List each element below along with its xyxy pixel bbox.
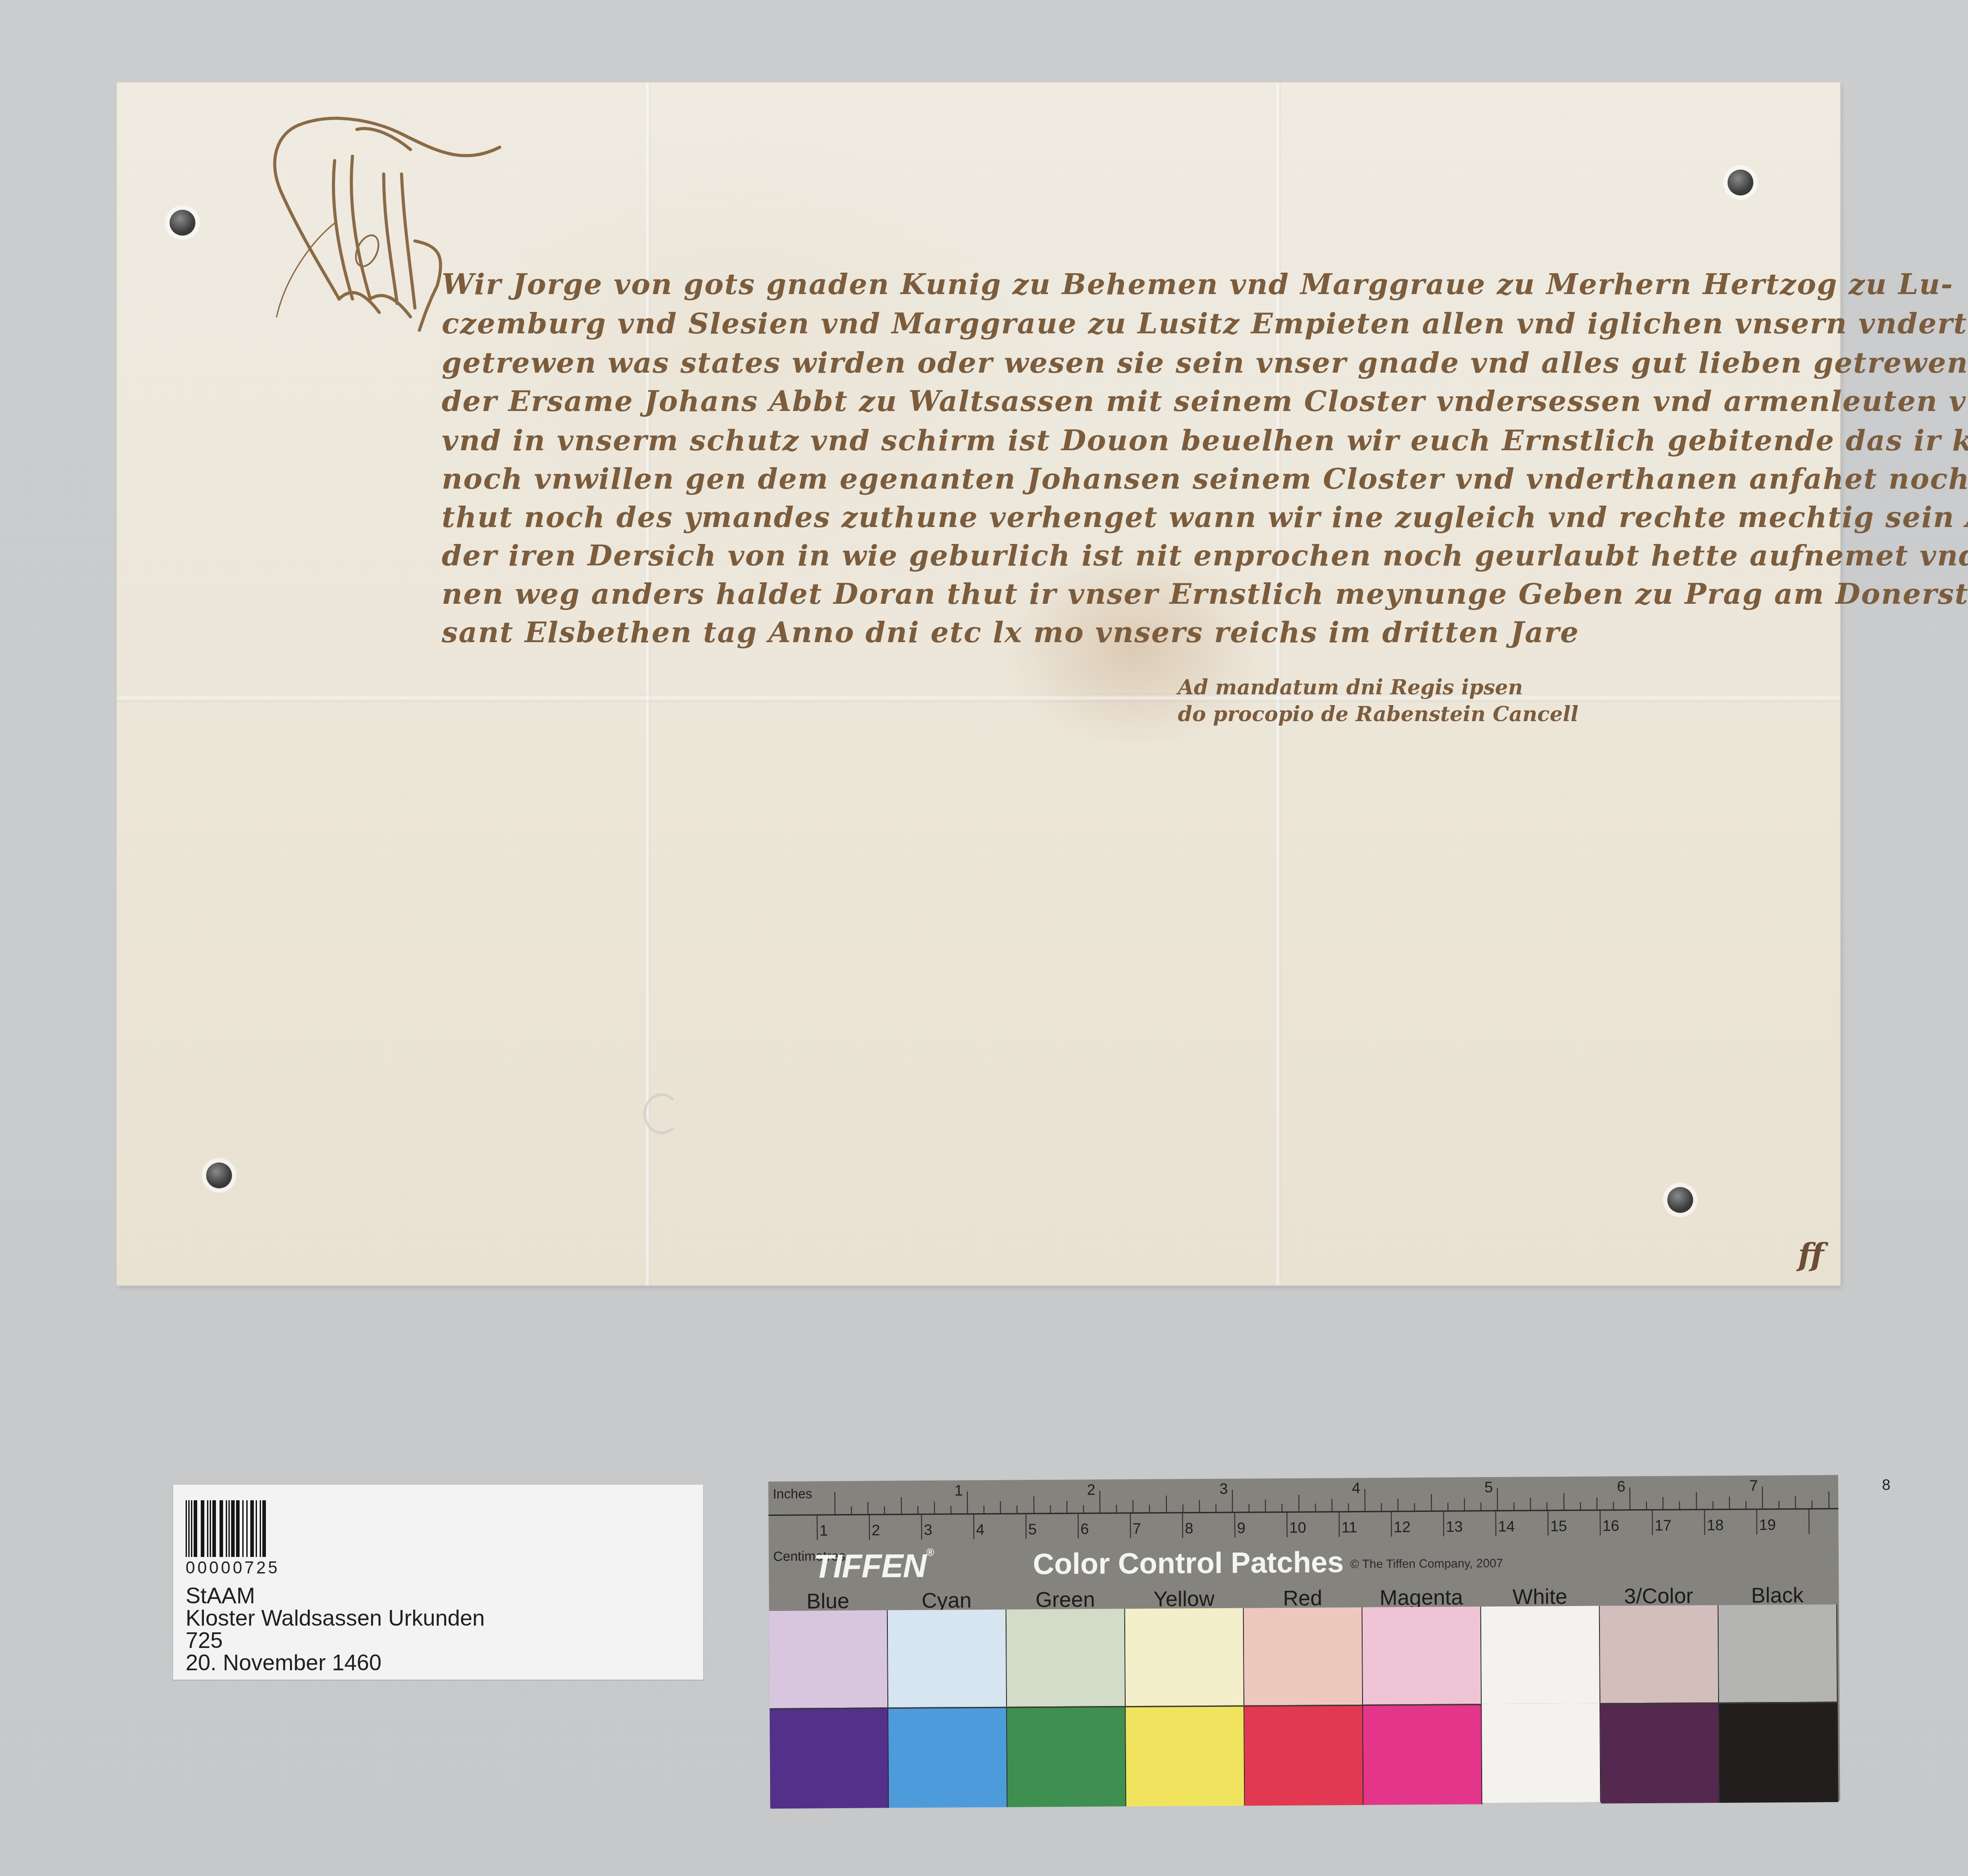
color-patch-dark xyxy=(1126,1705,1245,1806)
corner-mark: ff xyxy=(1798,1236,1824,1273)
ruler-baseline xyxy=(768,1508,1838,1516)
inch-number: 4 xyxy=(1352,1480,1360,1497)
ruler-tick xyxy=(1066,1501,1067,1513)
ruler-tick xyxy=(1530,1498,1531,1511)
ruler-tick xyxy=(1338,1512,1339,1537)
barcode-digit: 0 xyxy=(197,1559,207,1578)
cm-number: 3 xyxy=(924,1522,932,1539)
collection-name: Kloster Waldsassen Urkunden xyxy=(186,1605,485,1631)
ruler-tick xyxy=(1130,1514,1131,1538)
color-patch-dark xyxy=(1007,1706,1126,1807)
color-patch-dark xyxy=(1719,1702,1838,1803)
archive-label: 0 0 0 0 0 7 2 5 StAAM Kloster Waldsassen… xyxy=(173,1485,703,1680)
ruler-tick xyxy=(834,1492,835,1515)
inch-number: 5 xyxy=(1484,1479,1493,1496)
inch-number: 2 xyxy=(1087,1482,1095,1499)
ruler-tick xyxy=(851,1507,852,1515)
inch-number: 8 xyxy=(1882,1477,1890,1494)
ruler-tick xyxy=(1480,1502,1481,1511)
ruler-tick xyxy=(1652,1511,1653,1535)
ruler-tick xyxy=(921,1515,922,1540)
ruler-tick xyxy=(934,1502,935,1514)
ruler-tick xyxy=(983,1506,984,1514)
ruler-tick xyxy=(1704,1510,1705,1535)
ruler-tick xyxy=(1077,1514,1078,1539)
inch-number: 7 xyxy=(1749,1477,1758,1494)
barcode-digit: 0 xyxy=(209,1559,219,1578)
ruler-tick xyxy=(1596,1498,1597,1510)
color-patch-light xyxy=(1719,1604,1838,1702)
manuscript-line: getrewen was states wirden oder wesen si… xyxy=(442,346,1968,380)
cm-number: 19 xyxy=(1759,1516,1776,1534)
ruler-tick xyxy=(1547,1511,1548,1536)
ruler-tick xyxy=(1298,1495,1299,1512)
ruler-tick xyxy=(1547,1502,1548,1510)
mounting-pin-icon xyxy=(206,1162,232,1188)
ruler-tick xyxy=(1215,1504,1216,1512)
cm-number: 4 xyxy=(976,1521,985,1539)
color-patch-light xyxy=(888,1610,1007,1708)
barcode-digit: 0 xyxy=(233,1559,242,1578)
brand-name: TIFFEN xyxy=(813,1547,926,1585)
ruler-tick xyxy=(1232,1490,1233,1512)
ruler-tick xyxy=(816,1515,817,1540)
manuscript-line: vnd in vnserm schutz vnd schirm ist Douo… xyxy=(442,424,1968,457)
fold-line-horizontal xyxy=(117,694,1840,702)
ruler-tick xyxy=(1265,1499,1266,1512)
color-patch-dark xyxy=(1600,1702,1719,1804)
cm-number: 5 xyxy=(1028,1521,1037,1538)
ruler-tick xyxy=(1166,1496,1167,1513)
ruler-tick xyxy=(1613,1502,1614,1510)
ruler-tick xyxy=(1812,1501,1813,1509)
ruler-tick xyxy=(1414,1503,1415,1511)
ruler-tick xyxy=(1497,1488,1498,1511)
ruler-tick xyxy=(1762,1486,1763,1509)
ruler-tick xyxy=(917,1506,918,1514)
color-patch-light xyxy=(1244,1607,1363,1706)
ruler-tick xyxy=(1563,1493,1564,1510)
ruler-tick xyxy=(1286,1513,1287,1537)
ruler-tick xyxy=(1580,1502,1581,1510)
cm-number: 11 xyxy=(1342,1519,1358,1536)
chancery-note-line: do procopio de Rabenstein Cancell xyxy=(1178,701,1579,727)
ruler-tick xyxy=(1447,1503,1448,1511)
color-patch-light xyxy=(1007,1609,1126,1707)
ruler-tick xyxy=(1495,1511,1496,1536)
ruler-tick xyxy=(1464,1498,1465,1511)
ruler-tick xyxy=(869,1515,870,1540)
ruler-tick xyxy=(1629,1487,1630,1510)
ruler-tick xyxy=(1443,1512,1444,1536)
ruler-tick xyxy=(1017,1506,1018,1514)
cm-number: 6 xyxy=(1081,1521,1089,1538)
mounting-pin-icon xyxy=(1667,1187,1693,1213)
ruler-tick xyxy=(1050,1505,1051,1513)
ruler-tick xyxy=(901,1497,902,1514)
color-control-bar: Inches 12345678 123456789101112131415161… xyxy=(768,1475,1840,1807)
ruler-tick xyxy=(1599,1511,1600,1536)
manuscript-line: Wir Jorge von gots gnaden Kunig zu Behem… xyxy=(442,268,1954,301)
manuscript-line: der Ersame Johans Abbt zu Waltsassen mit… xyxy=(442,385,1968,418)
barcode-digits: 0 0 0 0 0 7 2 5 xyxy=(186,1559,278,1578)
ruler-tick xyxy=(1133,1500,1134,1513)
cm-number: 15 xyxy=(1550,1518,1567,1535)
mounting-pin-icon xyxy=(170,210,195,236)
color-patches xyxy=(769,1604,1840,1807)
bar-title: Color Control Patches xyxy=(1033,1545,1344,1581)
ruler-tick xyxy=(1795,1496,1796,1509)
manuscript-line: thut noch des ymandes zuthune verhenget … xyxy=(442,501,1968,534)
mounting-pin-icon xyxy=(1728,170,1753,195)
color-patch-light xyxy=(769,1610,888,1708)
ruler-tick xyxy=(1391,1512,1392,1536)
ruler-tick xyxy=(1381,1503,1382,1511)
ruler-tick xyxy=(1025,1514,1026,1539)
color-patch-dark xyxy=(888,1707,1007,1808)
ruler-tick xyxy=(1808,1510,1809,1534)
tiffen-logo: TIFFEN® xyxy=(813,1547,934,1585)
ruler-tick xyxy=(1712,1501,1713,1509)
ruler-tick xyxy=(1083,1505,1084,1513)
cm-number: 7 xyxy=(1133,1520,1141,1538)
ruler-tick xyxy=(1662,1497,1663,1510)
ruler-tick xyxy=(1729,1497,1730,1509)
ruler-tick xyxy=(1646,1502,1647,1510)
ruler-tick xyxy=(1745,1501,1746,1509)
ruler-tick xyxy=(1513,1502,1514,1511)
ruler-tick xyxy=(1348,1503,1349,1511)
chancery-note-line: Ad mandatum dni Regis ipsen xyxy=(1178,674,1579,701)
barcode-digit: 5 xyxy=(268,1559,278,1578)
cm-number: 16 xyxy=(1603,1517,1620,1535)
ruler-tick xyxy=(1756,1510,1757,1534)
barcode-icon xyxy=(186,1500,266,1557)
ruler-tick xyxy=(1234,1513,1235,1538)
inch-number: 3 xyxy=(1219,1481,1228,1498)
color-patch-light xyxy=(1125,1608,1244,1706)
ruler-tick xyxy=(1182,1504,1183,1512)
cm-number: 14 xyxy=(1498,1518,1515,1536)
color-patch-dark xyxy=(770,1707,889,1809)
ruler-tick xyxy=(1398,1498,1399,1511)
color-patch-light xyxy=(1363,1606,1482,1705)
cm-number: 2 xyxy=(872,1522,880,1539)
chancery-note: Ad mandatum dni Regis ipsen do procopio … xyxy=(1178,674,1579,727)
ruler-tick xyxy=(1099,1490,1100,1513)
ruler-tick xyxy=(967,1491,968,1514)
cm-number: 8 xyxy=(1185,1520,1193,1537)
barcode-digit: 0 xyxy=(221,1559,230,1578)
registered-mark: ® xyxy=(926,1547,934,1559)
color-patch-dark xyxy=(1244,1705,1363,1806)
ruler-tick xyxy=(1331,1499,1332,1511)
ruler-tick xyxy=(1778,1501,1779,1509)
ruler-tick xyxy=(1033,1496,1034,1513)
cm-number: 12 xyxy=(1394,1519,1411,1536)
cm-number: 1 xyxy=(820,1522,828,1540)
color-patch-dark xyxy=(1363,1704,1482,1805)
ruler-tick xyxy=(1182,1513,1183,1538)
cm-number: 13 xyxy=(1446,1518,1463,1536)
cm-number: 18 xyxy=(1707,1517,1724,1534)
ruler-tick xyxy=(1315,1504,1316,1512)
record-date: 20. November 1460 xyxy=(186,1650,381,1676)
manuscript-line: czemburg vnd Slesien vnd Marggraue zu Lu… xyxy=(442,307,1968,340)
ruler-tick xyxy=(1282,1504,1283,1512)
inches-label: Inches xyxy=(773,1486,812,1502)
color-patch-light xyxy=(1481,1606,1600,1704)
inch-number: 6 xyxy=(1617,1478,1625,1495)
ruler-tick xyxy=(1679,1502,1680,1510)
ruler-tick xyxy=(884,1506,885,1514)
ruler-tick xyxy=(1116,1505,1117,1513)
manuscript-line: der iren Dersich von in wie geburlich is… xyxy=(442,539,1968,573)
inch-number: 1 xyxy=(954,1482,963,1499)
copyright-notice: © The Tiffen Company, 2007 xyxy=(1350,1556,1503,1571)
cm-number: 9 xyxy=(1237,1519,1246,1537)
stain-mark xyxy=(643,1093,680,1134)
manuscript-body: Wir Jorge von gots gnaden Kunig zu Behem… xyxy=(442,268,1548,669)
ruler-tick xyxy=(1000,1501,1001,1514)
ruler-tick xyxy=(950,1506,951,1514)
barcode-digit: 0 xyxy=(186,1559,195,1578)
ruler-tick xyxy=(1248,1504,1249,1512)
color-patch-light xyxy=(1600,1605,1719,1703)
ruler-tick xyxy=(868,1502,869,1515)
cm-number: 10 xyxy=(1289,1519,1306,1537)
ruler-tick xyxy=(1149,1505,1150,1513)
barcode-digit: 2 xyxy=(256,1559,265,1578)
ruler-tick xyxy=(1696,1492,1697,1509)
ruler-tick xyxy=(1828,1491,1829,1508)
ruler-tick xyxy=(1431,1494,1432,1511)
ruler-tick xyxy=(1199,1500,1200,1512)
color-patch-dark xyxy=(1482,1703,1601,1803)
manuscript-line: sant Elsbethen tag Anno dni etc lx mo vn… xyxy=(442,616,1579,649)
ruler-tick xyxy=(973,1515,974,1539)
barcode-digit: 7 xyxy=(244,1559,254,1578)
manuscript-line: noch vnwillen gen dem egenanten Johansen… xyxy=(442,462,1968,496)
cm-number: 17 xyxy=(1655,1517,1672,1535)
manuscript-line: nen weg anders haldet Doran thut ir vnse… xyxy=(442,577,1968,611)
ruler-tick xyxy=(1364,1489,1365,1511)
